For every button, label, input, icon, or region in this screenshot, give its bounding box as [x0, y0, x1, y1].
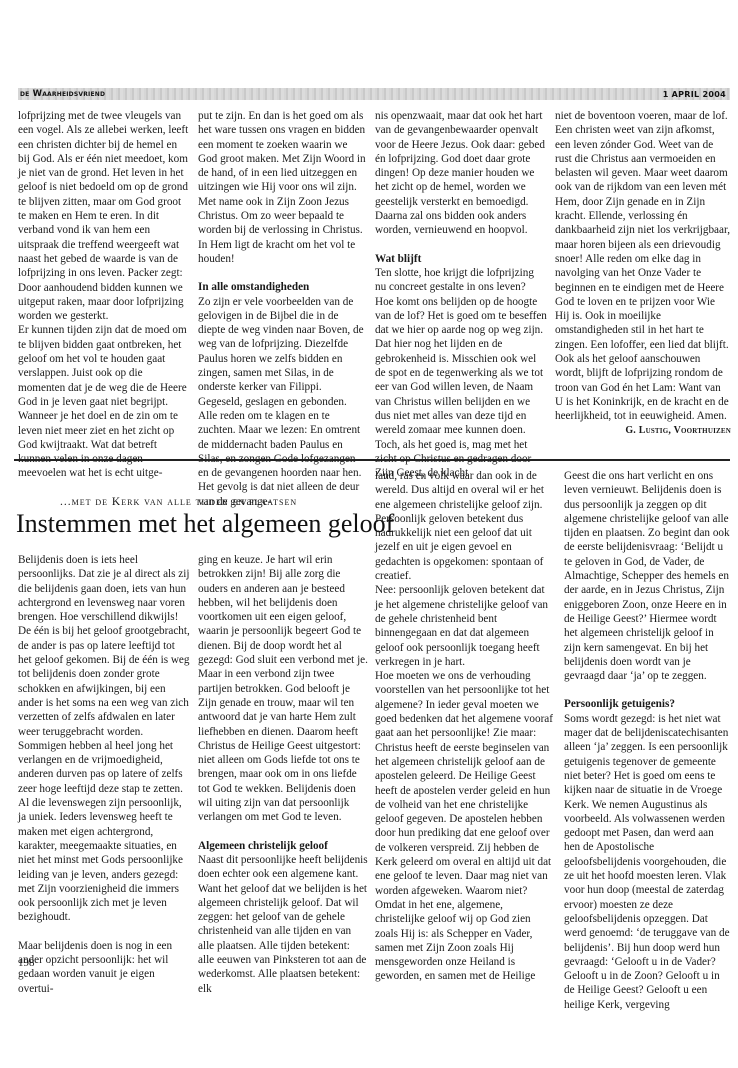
publication-name: de Waarheidsvriend	[18, 89, 105, 99]
paragraph: land, ras en volk waar dan ook in de wer…	[375, 469, 555, 583]
paragraph: Nee: persoonlijk geloven betekent dat je…	[375, 583, 555, 669]
paragraph: Maar belijdenis doen is nog in een ander…	[18, 939, 190, 996]
main-article-column-2: ging en keuze. Je hart wil erin betrokke…	[198, 553, 368, 996]
issue-date: 1 APRIL 2004	[663, 90, 730, 99]
paragraph: Soms wordt gezegd: is het niet wat mager…	[564, 712, 732, 1012]
paragraph: Er kunnen tijden zijn dat de moed om te …	[18, 323, 190, 480]
main-article-column-4: Geest die ons hart verlicht en ons leven…	[564, 469, 732, 1012]
paragraph: Belijdenis doen is iets heel persoonlijk…	[18, 553, 190, 925]
top-article-column-2: put te zijn. En dan is het goed om als h…	[198, 109, 368, 509]
subheading: Wat blijft	[375, 252, 547, 266]
paragraph: put te zijn. En dan is het goed om als h…	[198, 109, 368, 266]
top-article-column-1: lofprijzing met de twee vleugels van een…	[18, 109, 190, 481]
running-header: de Waarheidsvriend 1 APRIL 2004	[18, 88, 730, 100]
subheading: In alle omstandigheden	[198, 280, 368, 294]
page-number: 198	[18, 957, 35, 969]
section-divider	[14, 459, 730, 461]
main-article-column-1: Belijdenis doen is iets heel persoonlijk…	[18, 553, 190, 996]
paragraph: Hoe moeten we ons de verhouding voorstel…	[375, 669, 555, 984]
paragraph: Ten slotte, hoe krijgt die lofprijzing n…	[375, 266, 547, 480]
paragraph: nis openzwaait, maar dat ook het hart va…	[375, 109, 547, 238]
article-title: Instemmen met het algemeen geloof	[16, 507, 394, 541]
paragraph: ging en keuze. Je hart wil erin betrokke…	[198, 553, 368, 825]
paragraph: lofprijzing met de twee vleugels van een…	[18, 109, 190, 323]
top-article-column-4: niet de boventoon voeren, maar de lof. E…	[555, 109, 731, 438]
paragraph: Geest die ons hart verlicht en ons leven…	[564, 469, 732, 683]
paragraph: Zo zijn er vele voorbeelden van de gelov…	[198, 295, 368, 509]
paragraph: Naast dit persoonlijke heeft belijdenis …	[198, 853, 368, 996]
subheading: Algemeen christelijk geloof	[198, 839, 368, 853]
top-article-column-3: nis openzwaait, maar dat ook het hart va…	[375, 109, 547, 480]
author-signature: G. Lustig, Voorthuizen	[555, 424, 731, 438]
subheading: Persoonlijk getuigenis?	[564, 697, 732, 711]
paragraph: niet de boventoon voeren, maar de lof. E…	[555, 109, 731, 424]
main-article-column-3: land, ras en volk waar dan ook in de wer…	[375, 469, 555, 984]
